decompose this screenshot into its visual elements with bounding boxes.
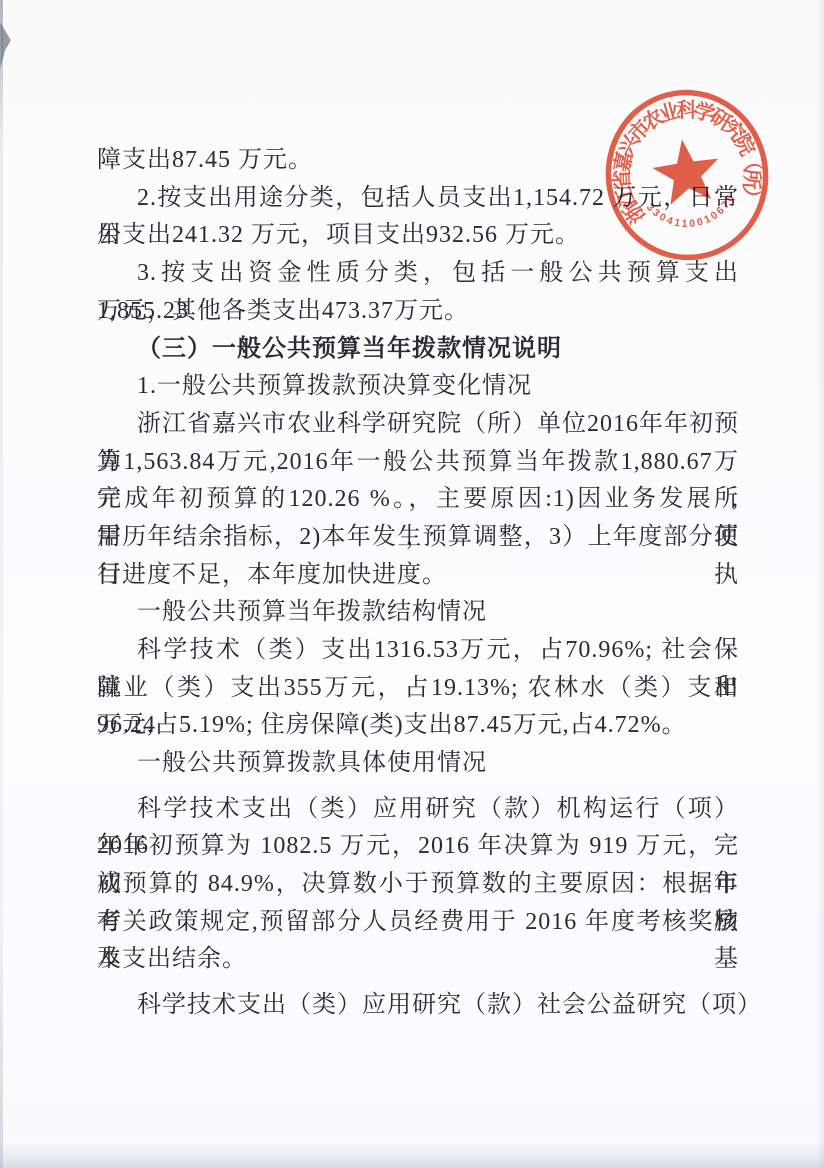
document-line: 2.按支出用途分类，包括人员支出1,154.72 万元，日常公 bbox=[97, 180, 739, 218]
document-line: （三）一般公共预算当年拨款情况说明 bbox=[97, 330, 739, 368]
document-line: 3.按支出资金性质分类，包括一般公共预算支出1,855.23 bbox=[97, 255, 739, 293]
document-line: 科学技术支出（类）应用研究（款）社会公益研究（项） bbox=[97, 987, 739, 1025]
scan-right-shadow bbox=[816, 0, 824, 1168]
document-line: 万元，其他各类支出473.37万元。 bbox=[97, 293, 739, 331]
document-text-block: 障支出87.45 万元。2.按支出用途分类，包括人员支出1,154.72 万元，… bbox=[97, 142, 739, 1025]
document-line: 有关政策规定,预留部分人员经费用于 2016 年度考核奖励及基 bbox=[97, 904, 739, 942]
document-line: 一般公共预算当年拨款结构情况 bbox=[97, 594, 739, 632]
document-line: 年年初预算为 1082.5 万元，2016 年决算为 919 万元，完成年 bbox=[97, 828, 739, 866]
document-line: 就业（类）支出355万元，占19.13%; 农林水（类）支出96.24 bbox=[97, 670, 739, 708]
document-line: 用支出241.32 万元，项目支出932.56 万元。 bbox=[97, 217, 739, 255]
document-line: 障支出87.45 万元。 bbox=[97, 142, 739, 180]
scan-left-edge bbox=[0, 0, 3, 1168]
document-line: 为1,563.84万元,2016年一般公共预算当年拨款1,880.67万元, bbox=[97, 444, 739, 482]
document-line: 浙江省嘉兴市农业科学研究院（所）单位2016年年初预算 bbox=[97, 406, 739, 444]
document-line: 一般公共预算拨款具体使用情况 bbox=[97, 745, 739, 783]
scan-corner-artifact bbox=[0, 22, 11, 70]
document-line: 用历年结余指标，2)本年发生预算调整，3）上年度部分项目执 bbox=[97, 519, 739, 557]
document-line: 科学技术（类）支出1316.53万元，占70.96%; 社会保障和 bbox=[97, 632, 739, 670]
document-line: 1.一般公共预算拨款预决算变化情况 bbox=[97, 368, 739, 406]
scan-bottom-shadow bbox=[0, 1140, 824, 1168]
document-line: 初预算的 84.9%，决算数小于预算数的主要原因：根据市考核 bbox=[97, 866, 739, 904]
scanned-document-page: 障支出87.45 万元。2.按支出用途分类，包括人员支出1,154.72 万元，… bbox=[0, 0, 824, 1168]
document-line: 科学技术支出（类）应用研究（款）机构运行（项）2016 bbox=[97, 791, 739, 829]
document-line: 完成年初预算的120.26 %。，主要原因:1)因业务发展所需，使 bbox=[97, 481, 739, 519]
document-line: 万元,占5.19%; 住房保障(类)支出87.45万元,占4.72%。 bbox=[97, 707, 739, 745]
